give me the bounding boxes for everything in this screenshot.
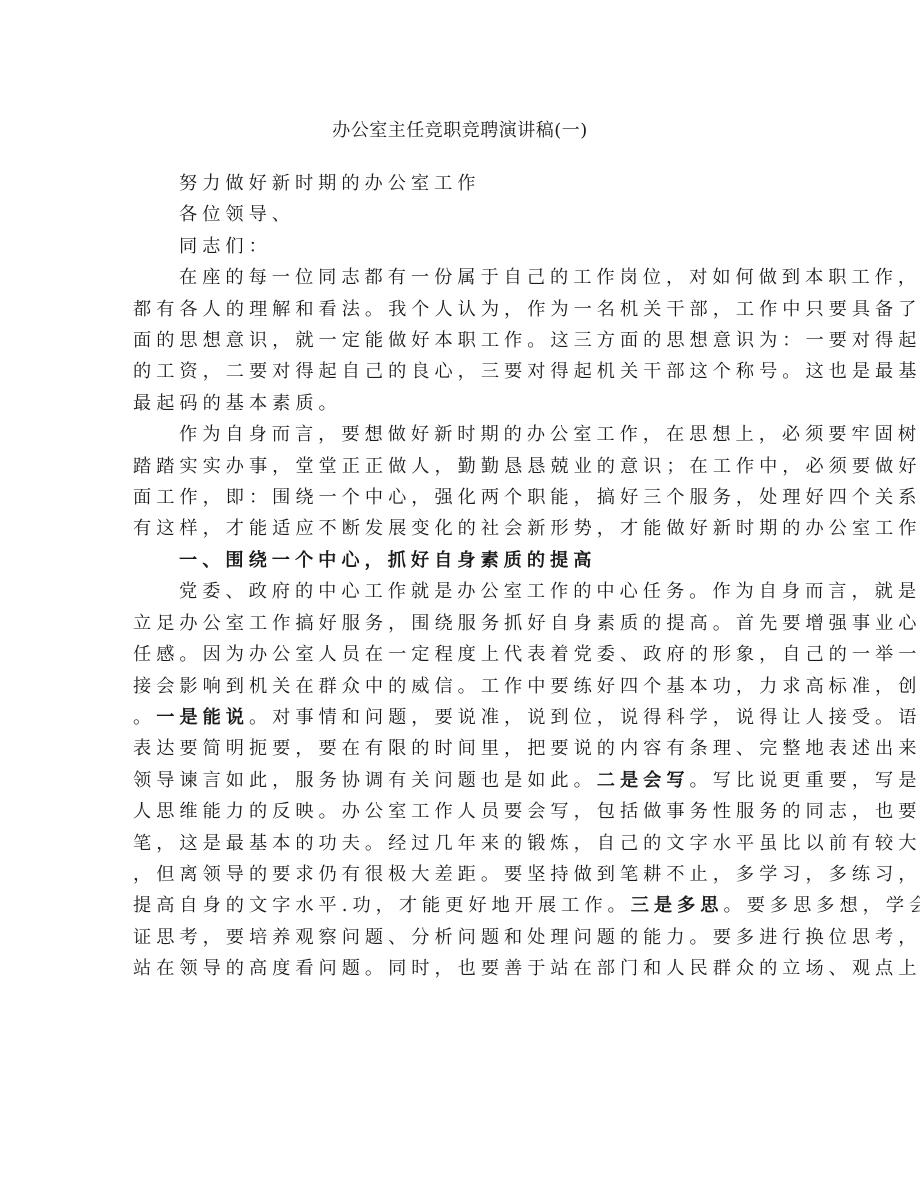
line-text: 。对事情和问题，要说准，说到位，说得科学，说得让人接受。语言: [249, 707, 920, 728]
document-page: 办公室主任竞职竞聘演讲稿(一) 努力做好新时期的办公室工作 各位领导、 同志们：…: [0, 0, 920, 1191]
paragraph-line: 作为自身而言，要想做好新时期的办公室工作，在思想上，必须要牢固树立: [133, 419, 787, 450]
document-body: 努力做好新时期的办公室工作 各位领导、 同志们： 在座的每一位同志都有一份属于自…: [133, 168, 787, 985]
paragraph-2: 作为自身而言，要想做好新时期的办公室工作，在思想上，必须要牢固树立 踏踏实实办事…: [133, 419, 787, 545]
paragraph-line: 接会影响到机关在群众中的威信。工作中要练好四个基本功，力求高标准，创一流: [133, 671, 787, 702]
paragraph-line: 人思维能力的反映。办公室工作人员要会写，包括做事务性服务的同志，也要勤动: [133, 796, 787, 827]
paragraph-line: 笔，这是最基本的功夫。经过几年来的锻炼，自己的文字水平虽比以前有较大提高: [133, 828, 787, 859]
document-subtitle: 努力做好新时期的办公室工作: [133, 168, 787, 199]
paragraph-line: ，但离领导的要求仍有很极大差距。要坚持做到笔耕不止，多学习，多练习，不断: [133, 859, 787, 890]
paragraph-line: 提高自身的文字水平.功，才能更好地开展工作。三是多思。要多思多想，学会辩: [133, 890, 787, 921]
paragraph-line: 踏踏实实办事，堂堂正正做人，勤勤恳恳兢业的意识；在工作中，必须要做好四方: [133, 451, 787, 482]
paragraph-line: 。一是能说。对事情和问题，要说准，说到位，说得科学，说得让人接受。语言: [133, 702, 787, 733]
paragraph-line: 领导谏言如此，服务协调有关问题也是如此。二是会写。写比说更重要，写是个: [133, 765, 787, 796]
paragraph-line: 面工作，即：围绕一个中心，强化两个职能，搞好三个服务，处理好四个关系。只: [133, 482, 787, 513]
paragraph-line: 在座的每一位同志都有一份属于自己的工作岗位，对如何做到本职工作，也: [133, 262, 787, 293]
section-heading-1: 一、围绕一个中心，抓好自身素质的提高: [133, 545, 787, 576]
keyword-can-write: 二是会写: [597, 770, 690, 791]
subtitle-text: 努力做好新时期的办公室工作: [179, 173, 480, 194]
paragraph-line: 站在领导的高度看问题。同时，也要善于站在部门和人民群众的立场、观点上去分: [133, 953, 787, 984]
line-text: 。写比说更重要，写是个: [690, 770, 920, 791]
paragraph-line: 都有各人的理解和看法。我个人认为，作为一名机关干部，工作中只要具备了三方: [133, 294, 787, 325]
paragraph-line: 证思考，要培养观察问题、分析问题和处理问题的能力。要多进行换位思考，学会: [133, 922, 787, 953]
salutation-text-2: 同志们：: [179, 236, 272, 257]
paragraph-line: 最起码的基本素质。: [133, 388, 787, 419]
keyword-can-speak: 一是能说: [156, 707, 249, 728]
section-heading-text: 一、围绕一个中心，抓好自身素质的提高: [179, 550, 596, 571]
line-text: 领导谏言如此，服务协调有关问题也是如此。: [133, 770, 597, 791]
paragraph-line: 有这样，才能适应不断发展变化的社会新形势，才能做好新时期的办公室工作。: [133, 513, 787, 544]
keyword-think-more: 三是多思: [631, 895, 724, 916]
paragraph-line: 表达要简明扼要，要在有限的时间里，把要说的内容有条理、完整地表述出来。给: [133, 733, 787, 764]
salutation-text-1: 各位领导、: [179, 204, 295, 225]
salutation-comrades: 同志们：: [133, 231, 787, 262]
salutation-leaders: 各位领导、: [133, 199, 787, 230]
line-text: 。: [133, 707, 156, 728]
paragraph-line: 面的思想意识，就一定能做好本职工作。这三方面的思想意识为：一要对得起自己: [133, 325, 787, 356]
line-text: 提高自身的文字水平.功，才能更好地开展工作。: [133, 895, 631, 916]
paragraph-line: 任感。因为办公室人员在一定程度上代表着党委、政府的形象，自己的一举一动直: [133, 639, 787, 670]
paragraph-3: 党委、政府的中心工作就是办公室工作的中心任务。作为自身而言，就是要 立足办公室工…: [133, 576, 787, 984]
paragraph-line: 党委、政府的中心工作就是办公室工作的中心任务。作为自身而言，就是要: [133, 576, 787, 607]
paragraph-line: 立足办公室工作搞好服务，围绕服务抓好自身素质的提高。首先要增强事业心、责: [133, 608, 787, 639]
paragraph-line: 的工资，二要对得起自己的良心，三要对得起机关干部这个称号。这也是最基本、: [133, 356, 787, 387]
document-title: 办公室主任竞职竞聘演讲稿(一): [0, 119, 920, 143]
line-text: 。要多思多想，学会辩: [724, 895, 920, 916]
paragraph-1: 在座的每一位同志都有一份属于自己的工作岗位，对如何做到本职工作，也 都有各人的理…: [133, 262, 787, 419]
